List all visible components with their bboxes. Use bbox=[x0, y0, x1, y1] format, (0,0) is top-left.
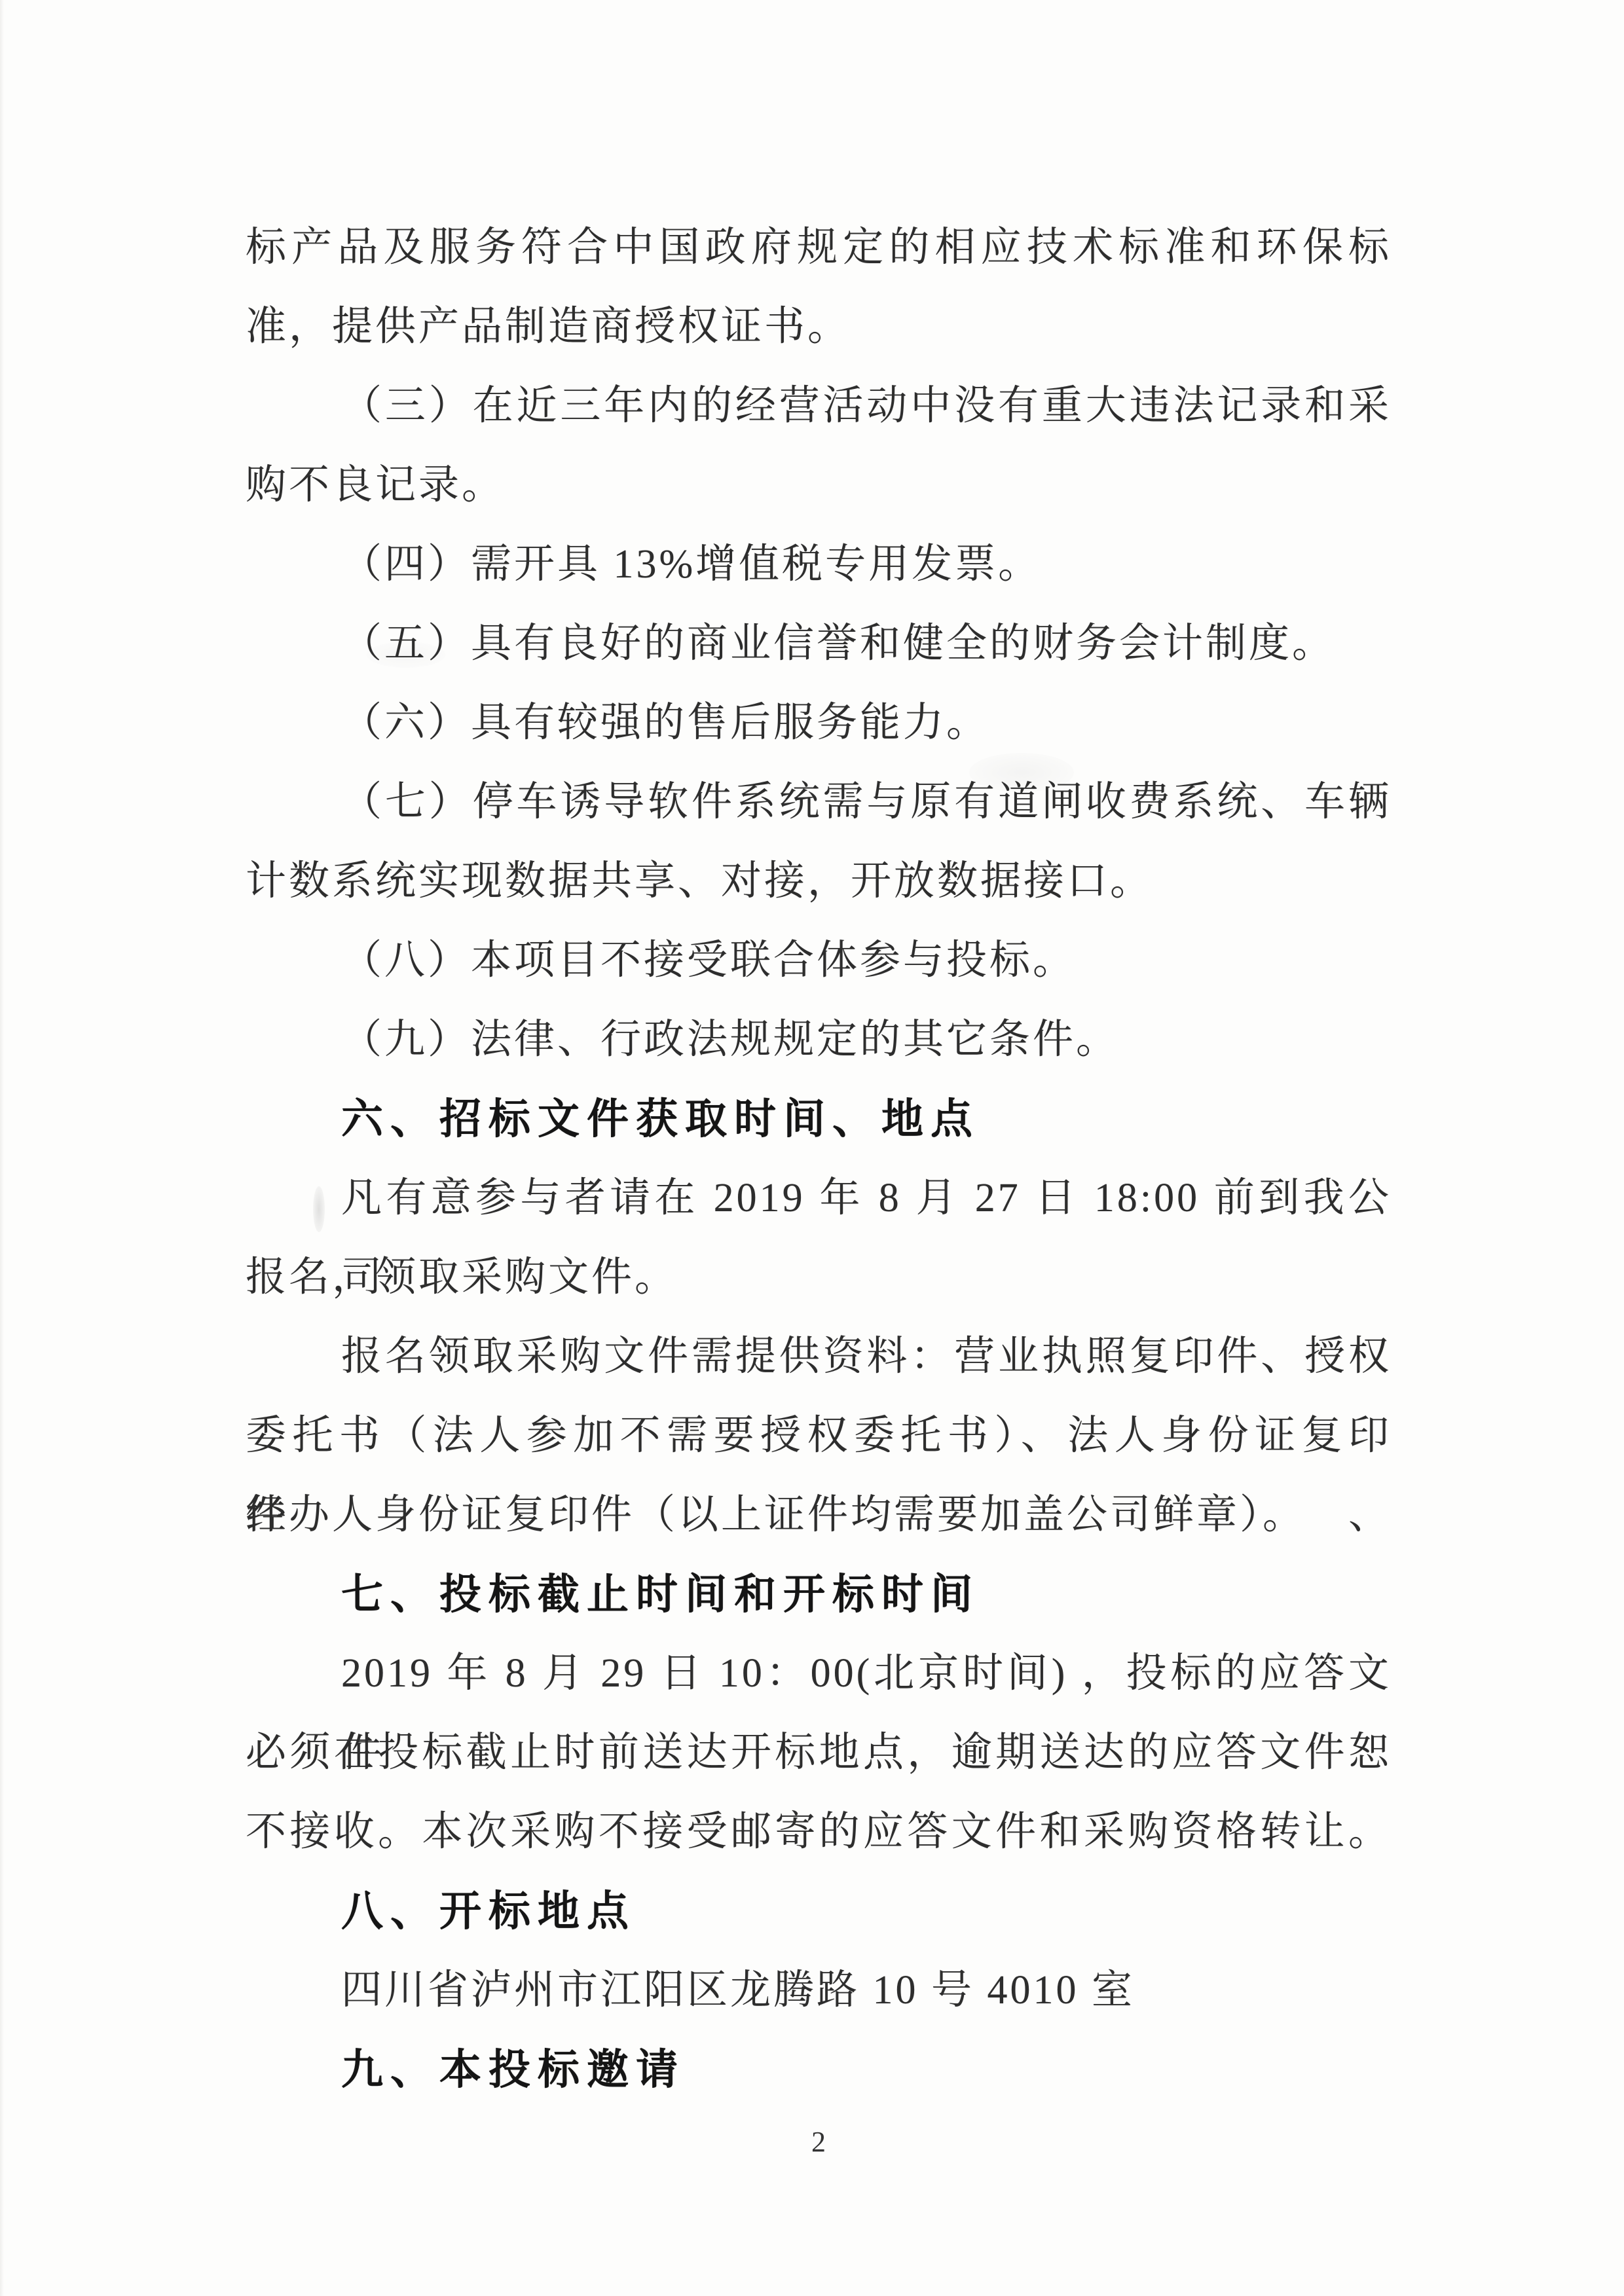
body-line: 必须在投标截止时前送达开标地点，逾期送达的应答文件恕 bbox=[246, 1713, 1392, 1793]
section-heading-bid-opening-location: 八、开标地点 bbox=[246, 1872, 1392, 1951]
body-line: 标产品及服务符合中国政府规定的相应技术标准和环保标 bbox=[246, 208, 1392, 287]
body-line-item-3: （三）在近三年内的经营活动中没有重大违法记录和采 bbox=[246, 367, 1392, 446]
page-number: 2 bbox=[246, 2123, 1392, 2162]
body-line-item-6: （六）具有较强的售后服务能力。 bbox=[246, 683, 1392, 763]
body-line: 报名领取采购文件需提供资料：营业执照复印件、授权 bbox=[246, 1317, 1392, 1396]
body-line: 购不良记录。 bbox=[246, 446, 1392, 525]
section-heading-bid-deadline: 七、投标截止时间和开标时间 bbox=[246, 1555, 1392, 1634]
scan-edge-artifact bbox=[0, 0, 4, 2296]
section-heading-doc-acquisition: 六、招标文件获取时间、地点 bbox=[246, 1080, 1392, 1159]
body-line-item-5: （五）具有良好的商业信誉和健全的财务会计制度。 bbox=[246, 604, 1392, 683]
section-heading-invitation: 九、本投标邀请 bbox=[246, 2030, 1392, 2109]
body-line: 委托书（法人参加不需要授权委托书）、法人身份证复印件、 bbox=[246, 1396, 1392, 1476]
body-line: 准，提供产品制造商授权证书。 bbox=[246, 287, 1392, 367]
scanned-document-page: 标产品及服务符合中国政府规定的相应技术标准和环保标 准，提供产品制造商授权证书。… bbox=[0, 0, 1624, 2296]
body-line: 报名，领取采购文件。 bbox=[246, 1238, 1392, 1317]
document-body: 标产品及服务符合中国政府规定的相应技术标准和环保标 准，提供产品制造商授权证书。… bbox=[246, 208, 1392, 2109]
body-line: 2019 年 8 月 29 日 10：00(北京时间) ，投标的应答文件 bbox=[246, 1634, 1392, 1713]
body-line: 凡有意参与者请在 2019 年 8 月 27 日 18:00 前到我公司 bbox=[246, 1159, 1392, 1238]
body-line-item-7: （七）停车诱导软件系统需与原有道闸收费系统、车辆 bbox=[246, 763, 1392, 842]
body-line: 计数系统实现数据共享、对接，开放数据接口。 bbox=[246, 842, 1392, 921]
body-line-item-9: （九）法律、行政法规规定的其它条件。 bbox=[246, 1000, 1392, 1080]
body-line: 经办人身份证复印件（以上证件均需要加盖公司鲜章）。 bbox=[246, 1476, 1392, 1555]
body-line-item-8: （八）本项目不接受联合体参与投标。 bbox=[246, 921, 1392, 1000]
body-line: 不接收。本次采购不接受邮寄的应答文件和采购资格转让。 bbox=[246, 1793, 1392, 1872]
body-line-item-4: （四）需开具 13%增值税专用发票。 bbox=[246, 525, 1392, 604]
body-line-address: 四川省泸州市江阳区龙腾路 10 号 4010 室 bbox=[246, 1951, 1392, 2030]
